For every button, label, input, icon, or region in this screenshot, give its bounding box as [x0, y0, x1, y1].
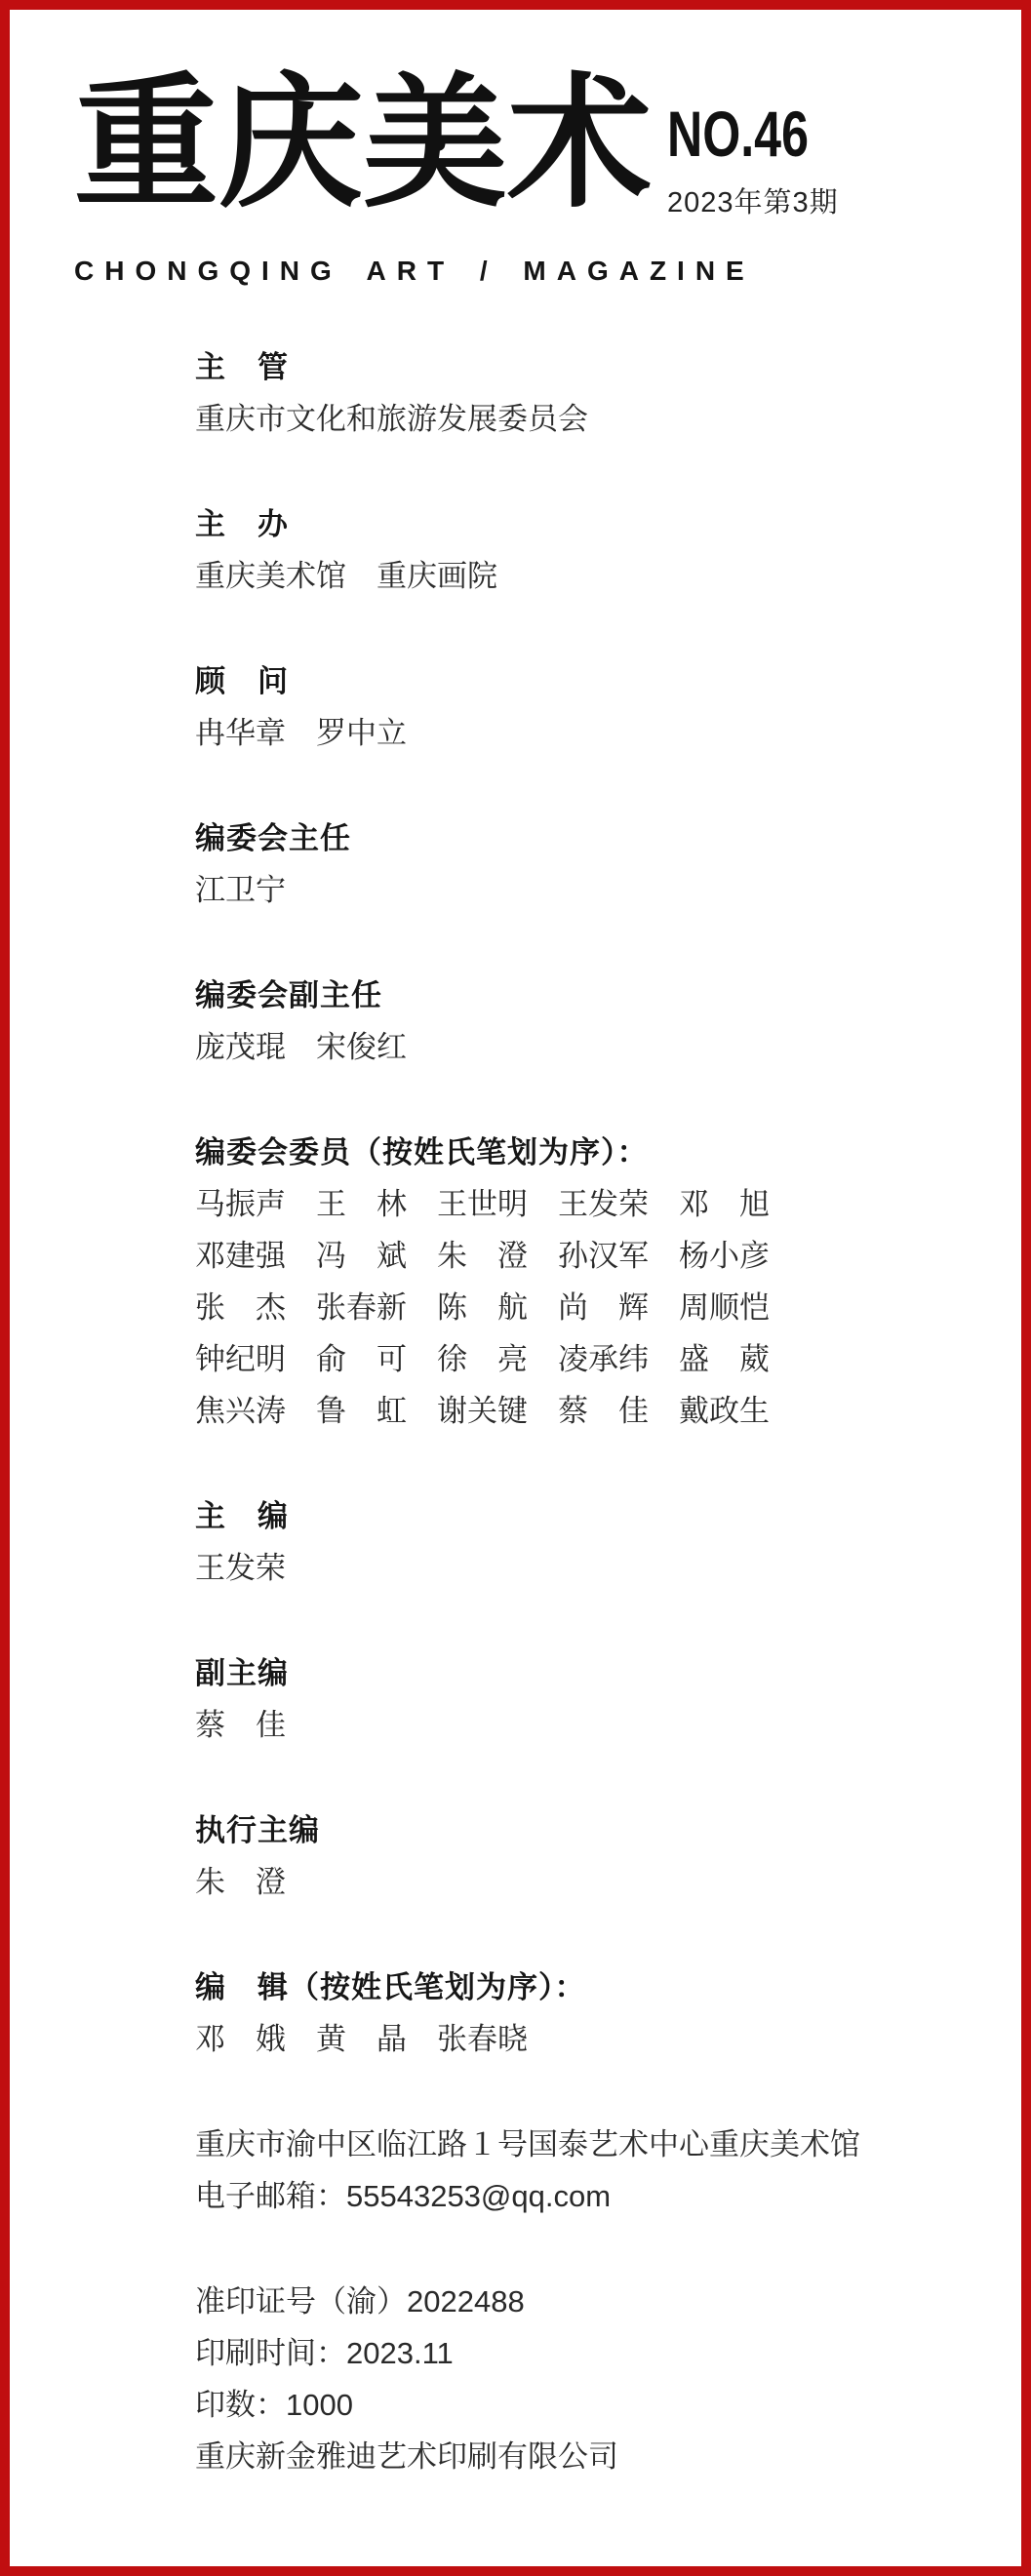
section-line: 冉华章 罗中立 — [195, 707, 953, 759]
committee-members-row: 邓建强 冯 斌 朱 澄 孙汉军 杨小彦 — [195, 1230, 953, 1282]
section-heading: 编委会副主任 — [195, 970, 953, 1021]
section-line: 王发荣 — [195, 1542, 953, 1594]
section-line: 庞茂琨 宋俊红 — [195, 1021, 953, 1073]
magazine-title: 重庆美术 — [74, 72, 652, 219]
address-line: 重庆市渝中区临江路１号国泰艺术中心重庆美术馆 — [195, 2119, 953, 2170]
print-run-line: 印数：1000 — [195, 2379, 953, 2431]
committee-members-row: 焦兴涛 鲁 虹 谢关键 蔡 佳 戴政生 — [195, 1385, 953, 1437]
section-line: 重庆市文化和旅游发展委员会 — [195, 393, 953, 445]
section-line: 朱 澄 — [195, 1856, 953, 1908]
section-heading: 主 管 — [195, 341, 953, 393]
committee-members-row: 钟纪明 俞 可 徐 亮 凌承纬 盛 葳 — [195, 1333, 953, 1385]
section-heading: 编委会主任 — [195, 812, 953, 864]
colophon-listing: 主 管 重庆市文化和旅游发展委员会 主 办 重庆美术馆 重庆画院 顾 问 冉华章… — [195, 341, 953, 2482]
section-heading: 副主编 — [195, 1647, 953, 1699]
contact-block: 重庆市渝中区临江路１号国泰艺术中心重庆美术馆 电子邮箱：55543253@qq.… — [195, 2119, 953, 2222]
section-heading: 执行主编 — [195, 1804, 953, 1856]
section-chief-editor: 主 编 王发荣 — [195, 1490, 953, 1594]
section-line: 蔡 佳 — [195, 1699, 953, 1751]
section-heading: 编 辑（按姓氏笔划为序）： — [195, 1962, 953, 2013]
magazine-subtitle: CHONGQING ART / MAGAZINE — [74, 256, 1021, 287]
section-executive-editor: 执行主编 朱 澄 — [195, 1804, 953, 1908]
section-heading: 编委会委员（按姓氏笔划为序）： — [195, 1127, 953, 1178]
section-deputy-chief-editor: 副主编 蔡 佳 — [195, 1647, 953, 1751]
masthead-title-row: 重庆美术 NO.46 2023年第3期 — [74, 72, 1021, 220]
section-organizer: 主 办 重庆美术馆 重庆画院 — [195, 498, 953, 602]
committee-members-row: 马振声 王 林 王世明 王发荣 邓 旭 — [195, 1178, 953, 1230]
section-committee-director: 编委会主任 江卫宁 — [195, 812, 953, 916]
issue-number: NO.46 — [667, 101, 809, 166]
section-heading: 主 编 — [195, 1490, 953, 1542]
issue-block: NO.46 2023年第3期 — [667, 101, 853, 220]
section-committee-members: 编委会委员（按姓氏笔划为序）： 马振声 王 林 王世明 王发荣 邓 旭 邓建强 … — [195, 1127, 953, 1437]
email-line: 电子邮箱：55543253@qq.com — [195, 2170, 953, 2222]
masthead: 重庆美术 NO.46 2023年第3期 CHONGQING ART / MAGA… — [74, 72, 1021, 287]
section-supervisor: 主 管 重庆市文化和旅游发展委员会 — [195, 341, 953, 445]
printer-line: 重庆新金雅迪艺术印刷有限公司 — [195, 2431, 953, 2482]
section-heading: 顾 问 — [195, 655, 953, 707]
section-heading: 主 办 — [195, 498, 953, 550]
print-date-line: 印刷时间：2023.11 — [195, 2327, 953, 2379]
section-editors: 编 辑（按姓氏笔划为序）： 邓 娥 黄 晶 张春晓 — [195, 1962, 953, 2065]
section-line: 重庆美术馆 重庆画院 — [195, 550, 953, 602]
section-line: 邓 娥 黄 晶 张春晓 — [195, 2013, 953, 2065]
print-permit-line: 准印证号（渝）2022488 — [195, 2276, 953, 2327]
committee-members-row: 张 杰 张春新 陈 航 尚 辉 周顺恺 — [195, 1282, 953, 1333]
imprint-block: 准印证号（渝）2022488 印刷时间：2023.11 印数：1000 重庆新金… — [195, 2276, 953, 2482]
section-advisors: 顾 问 冉华章 罗中立 — [195, 655, 953, 759]
section-committee-deputy-directors: 编委会副主任 庞茂琨 宋俊红 — [195, 970, 953, 1073]
magazine-colophon-page: 重庆美术 NO.46 2023年第3期 CHONGQING ART / MAGA… — [0, 0, 1031, 2576]
section-line: 江卫宁 — [195, 864, 953, 916]
issue-date: 2023年第3期 — [667, 180, 853, 220]
